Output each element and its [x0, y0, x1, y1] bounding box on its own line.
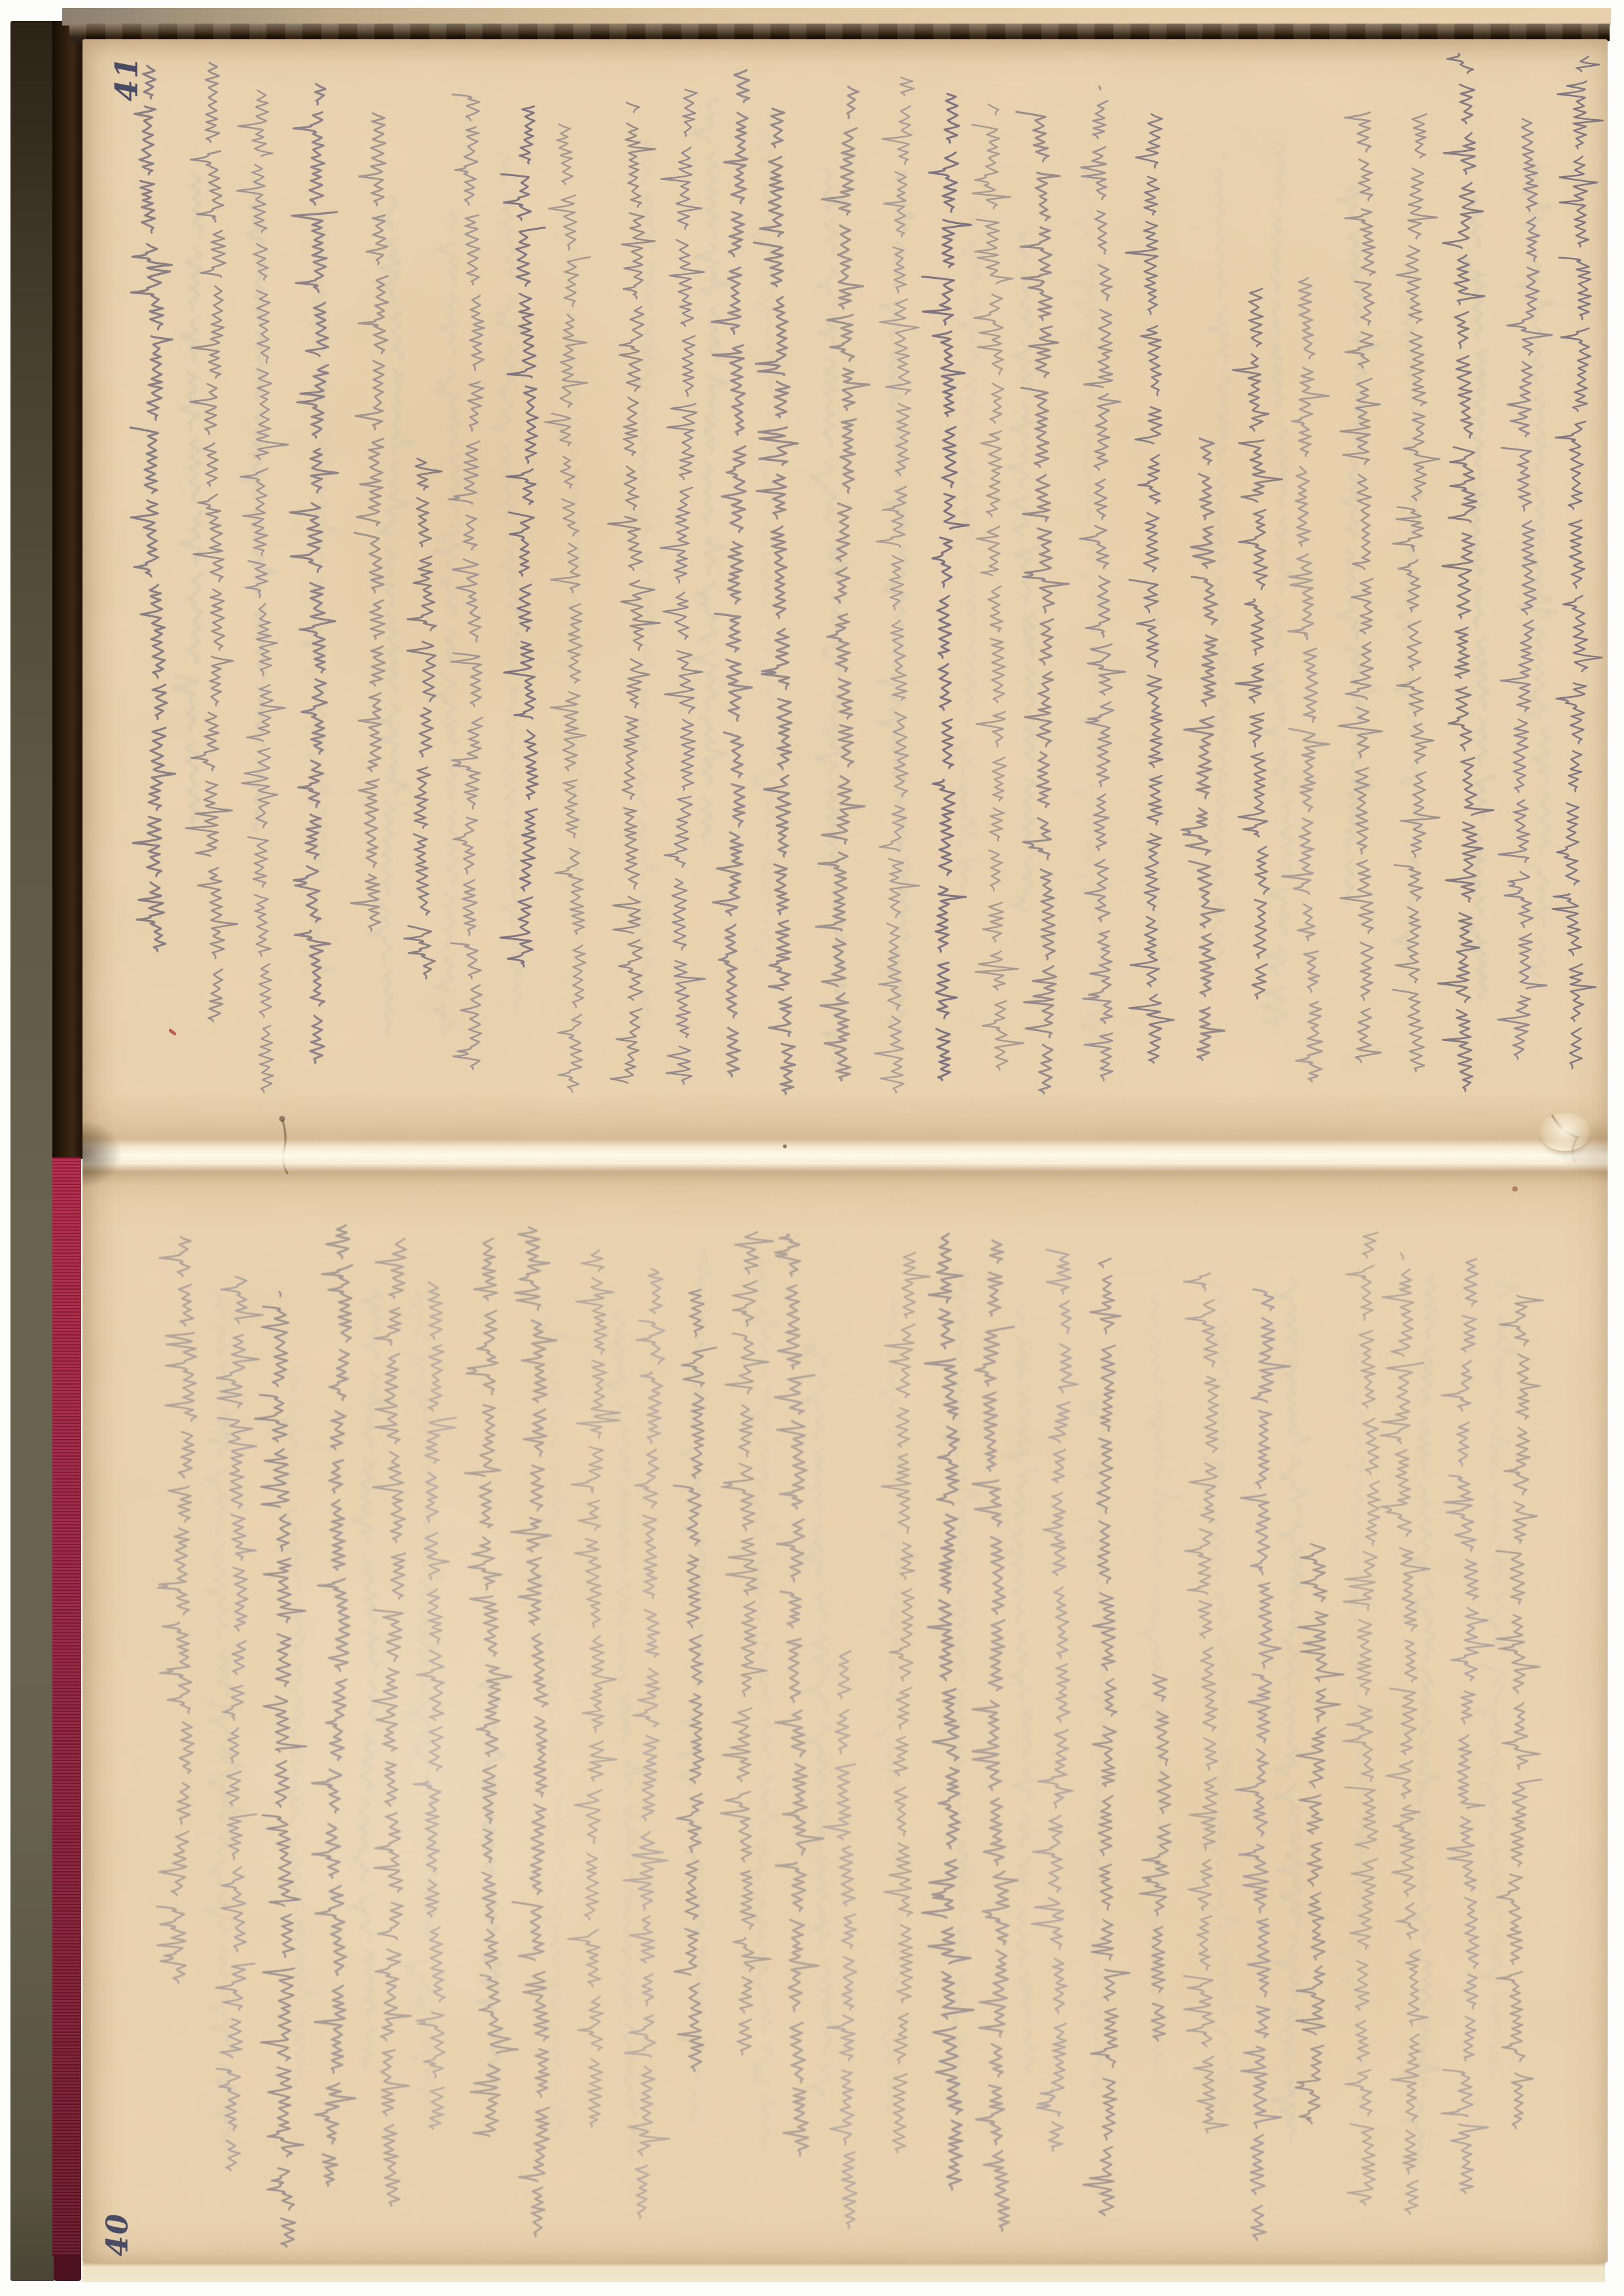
page-block-edge-left — [52, 21, 84, 1159]
underlying-page-edge-top — [62, 8, 1611, 26]
dark-speck — [783, 1144, 787, 1148]
paper-texture — [82, 39, 1608, 2263]
page-number-41: 41 — [109, 56, 145, 101]
rust-fleck — [1512, 1186, 1518, 1192]
spine-shadow-strip — [10, 21, 55, 2281]
cover-cloth-red-foot — [54, 2255, 81, 2281]
scanner-background: 41 40 — [0, 0, 1624, 2296]
page-bottom-edge — [82, 2263, 1605, 2282]
gutter-fold-shadow-left — [82, 1113, 161, 1198]
tear-mark — [1540, 1113, 1591, 1151]
page-number-40: 40 — [100, 2213, 135, 2257]
page-block-edge-top — [69, 24, 1610, 41]
mottle-rect — [82, 39, 1608, 2263]
cover-cloth-red — [52, 1157, 81, 2256]
